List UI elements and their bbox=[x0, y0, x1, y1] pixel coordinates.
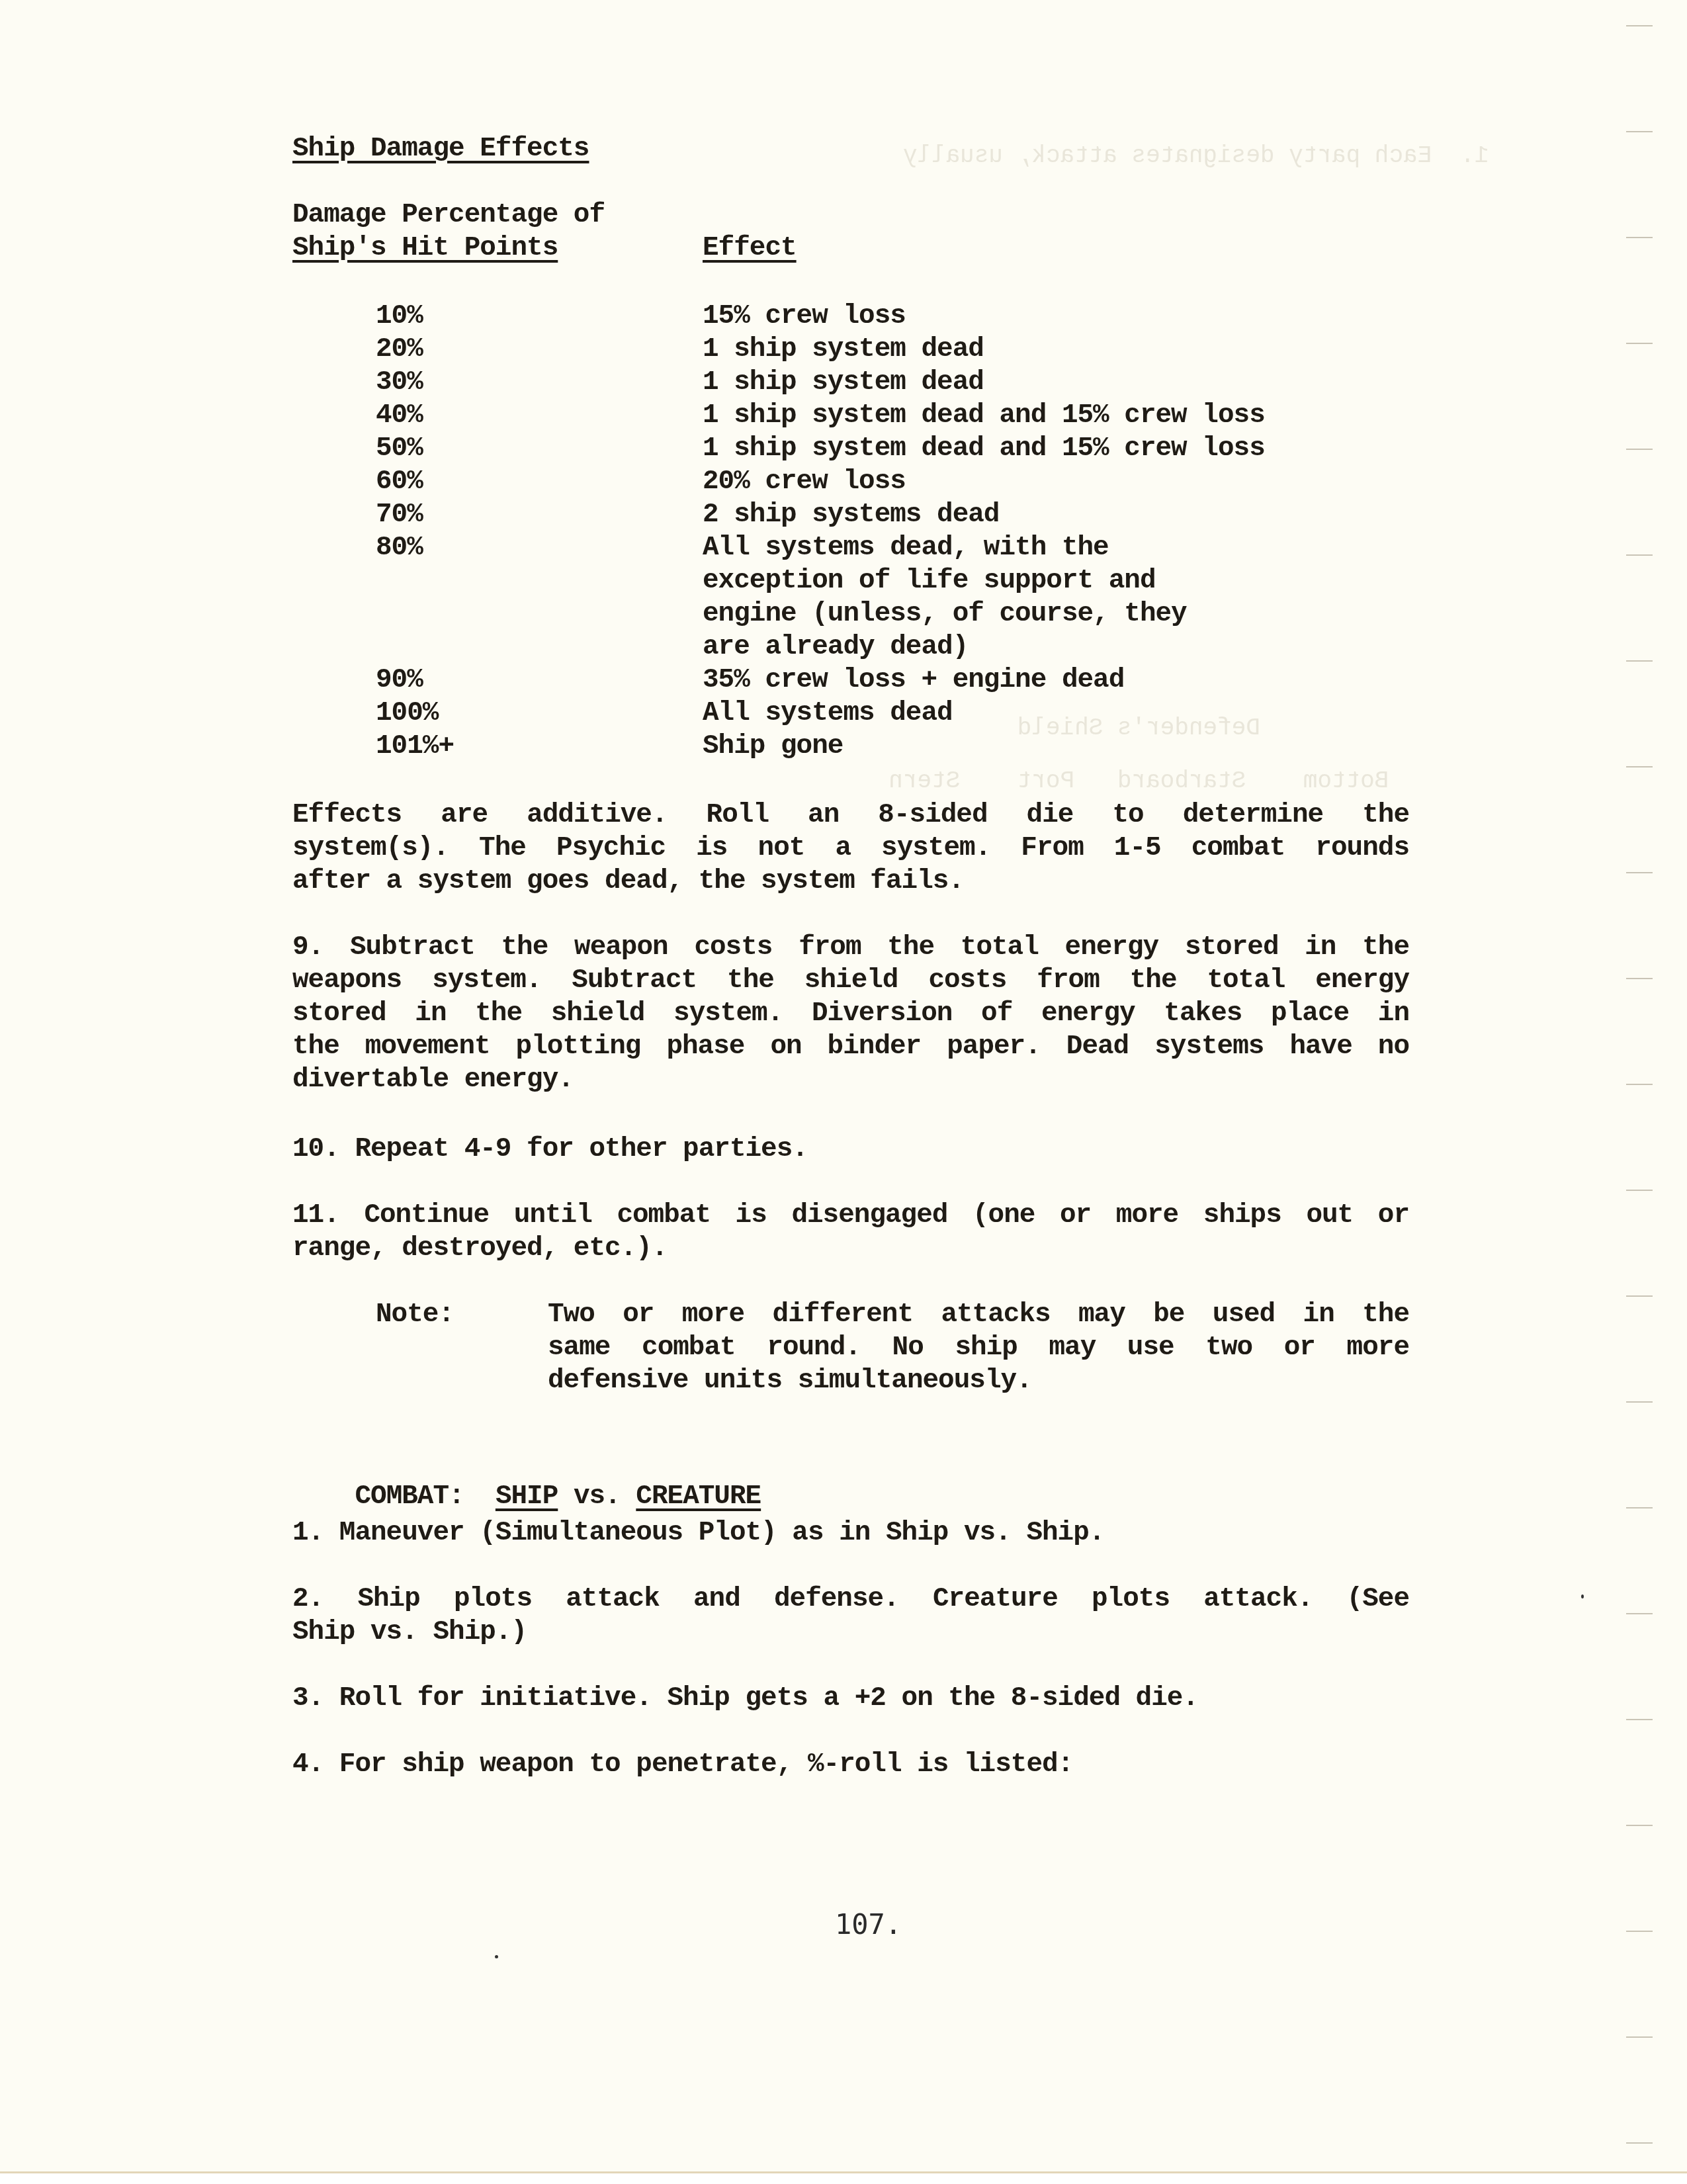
binder-tick bbox=[1626, 872, 1653, 873]
note-label: Note: bbox=[376, 1298, 454, 1331]
table-cell-effect: 2 ship systems dead bbox=[703, 498, 999, 531]
table-cell-effect: 15% crew loss bbox=[703, 300, 906, 333]
paper-speck bbox=[495, 1955, 498, 1958]
text-line: stored in the shield system. Diversion o… bbox=[292, 997, 1409, 1030]
table-cell-percentage: 40% bbox=[376, 399, 423, 432]
binder-tick bbox=[1626, 1507, 1653, 1508]
bleed-through-text: Bottom Starboard Port Stern bbox=[860, 767, 1389, 795]
binder-tick bbox=[1626, 1084, 1653, 1085]
text-line: Effects are additive. Roll an 8-sided di… bbox=[292, 799, 1409, 832]
table-cell-effect: engine (unless, of course, they bbox=[703, 597, 1187, 631]
binder-tick bbox=[1626, 766, 1653, 767]
table-cell-effect: 20% crew loss bbox=[703, 465, 906, 498]
binder-tick bbox=[1626, 237, 1653, 238]
table-cell-percentage: 100% bbox=[376, 697, 438, 730]
table-cell-effect: 35% crew loss + engine dead bbox=[703, 664, 1124, 697]
binder-tick bbox=[1626, 131, 1653, 132]
binder-tick bbox=[1626, 343, 1653, 344]
combat-heading-prefix: COMBAT: bbox=[355, 1481, 464, 1512]
page-number: 107. bbox=[835, 1908, 902, 1941]
text-line: defensive units simultaneously. bbox=[548, 1364, 1409, 1397]
paper-speck bbox=[1581, 1594, 1584, 1598]
table-cell-percentage: 101%+ bbox=[376, 730, 454, 763]
binder-tick bbox=[1626, 1613, 1653, 1614]
combat-step-line: 3. Roll for initiative. Ship gets a +2 o… bbox=[292, 1682, 1409, 1715]
table-cell-percentage: 20% bbox=[376, 333, 423, 366]
text-line: divertable energy. bbox=[292, 1063, 1409, 1096]
text-line: 11. Continue until combat is disengaged … bbox=[292, 1199, 1409, 1232]
binder-tick bbox=[1626, 1931, 1653, 1932]
text-line: after a system goes dead, the system fai… bbox=[292, 865, 1409, 898]
table-cell-percentage: 90% bbox=[376, 664, 423, 697]
binder-tick bbox=[1626, 449, 1653, 450]
table-cell-effect: 1 ship system dead bbox=[703, 333, 984, 366]
binder-tick bbox=[1626, 2142, 1653, 2144]
binder-tick bbox=[1626, 1825, 1653, 1826]
section-title: Ship Damage Effects bbox=[292, 132, 589, 165]
binder-tick bbox=[1626, 1295, 1653, 1297]
binder-tick bbox=[1626, 2036, 1653, 2038]
text-line: same combat round. No ship may use two o… bbox=[548, 1331, 1409, 1364]
paragraph-item-10: 10. Repeat 4-9 for other parties. bbox=[292, 1133, 808, 1166]
text-line: system(s). The Psychic is not a system. … bbox=[292, 832, 1409, 865]
table-cell-percentage: 60% bbox=[376, 465, 423, 498]
table-cell-effect: 1 ship system dead and 15% crew loss bbox=[703, 432, 1265, 465]
combat-step-line: 1. Maneuver (Simultaneous Plot) as in Sh… bbox=[292, 1516, 1409, 1550]
text-line: Two or more different attacks may be use… bbox=[548, 1298, 1409, 1331]
table-cell-effect: exception of life support and bbox=[703, 564, 1156, 597]
table-cell-percentage: 70% bbox=[376, 498, 423, 531]
table-header-effect: Effect bbox=[703, 232, 797, 265]
table-header-line1: Damage Percentage of bbox=[292, 198, 605, 232]
table-cell-effect: 1 ship system dead bbox=[703, 366, 984, 399]
binder-tick bbox=[1626, 978, 1653, 979]
text-line: the movement plotting phase on binder pa… bbox=[292, 1030, 1409, 1063]
table-cell-effect: 1 ship system dead and 15% crew loss bbox=[703, 399, 1265, 432]
table-cell-effect: are already dead) bbox=[703, 631, 968, 664]
table-cell-percentage: 30% bbox=[376, 366, 423, 399]
binder-tick bbox=[1626, 660, 1653, 662]
combat-step-line: 4. For ship weapon to penetrate, %-roll … bbox=[292, 1748, 1409, 1781]
table-cell-percentage: 50% bbox=[376, 432, 423, 465]
combat-heading-vs: vs. bbox=[574, 1481, 621, 1512]
table-cell-percentage: 10% bbox=[376, 300, 423, 333]
binder-tick bbox=[1626, 1401, 1653, 1403]
table-cell-effect: Ship gone bbox=[703, 730, 843, 763]
combat-step-line: 2. Ship plots attack and defense. Creatu… bbox=[292, 1583, 1409, 1616]
table-header-hit-points: Ship's Hit Points bbox=[292, 232, 558, 265]
table-cell-percentage: 80% bbox=[376, 531, 423, 564]
bleed-through-text: 1. Each party designates attack, usually bbox=[860, 142, 1489, 169]
text-line: weapons system. Subtract the shield cost… bbox=[292, 964, 1409, 997]
binder-tick bbox=[1626, 1190, 1653, 1191]
text-line: range, destroyed, etc.). bbox=[292, 1232, 1409, 1265]
combat-heading-creature: CREATURE bbox=[636, 1481, 761, 1512]
combat-step-line: Ship vs. Ship.) bbox=[292, 1616, 1409, 1649]
combat-heading-ship: SHIP bbox=[496, 1481, 558, 1512]
table-cell-effect: All systems dead bbox=[703, 697, 953, 730]
binder-tick bbox=[1626, 1719, 1653, 1720]
paper-bottom-edge bbox=[0, 2171, 1687, 2184]
binder-tick bbox=[1626, 25, 1653, 26]
document-page: 1. Each party designates attack, usually… bbox=[0, 0, 1687, 2184]
binder-tick bbox=[1626, 554, 1653, 556]
table-cell-effect: All systems dead, with the bbox=[703, 531, 1109, 564]
text-line: 9. Subtract the weapon costs from the to… bbox=[292, 931, 1409, 964]
